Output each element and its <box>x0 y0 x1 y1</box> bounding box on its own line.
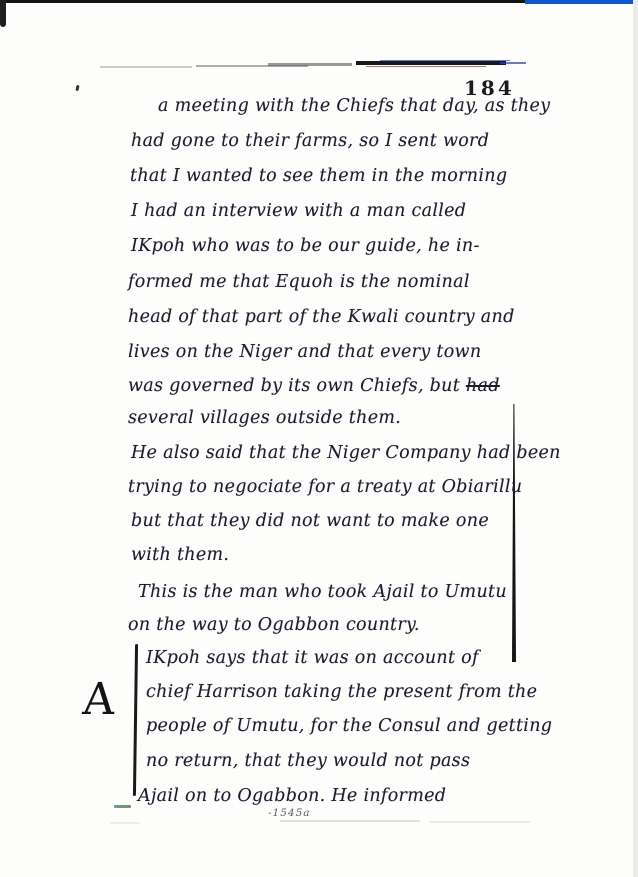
scan-corner-mark <box>0 0 6 27</box>
manuscript-line: He also said that the Niger Company had … <box>131 443 561 463</box>
manuscript-line: chief Harrison taking the present from t… <box>146 682 537 702</box>
manuscript-line: a meeting with the Chiefs that day, as t… <box>158 96 550 116</box>
margin-dash-mark <box>114 805 131 808</box>
manuscript-line: IKpoh says that it was on account of <box>146 648 479 668</box>
scan-smudge-fringe <box>366 66 486 67</box>
manuscript-line: head of that part of the Kwali country a… <box>128 307 515 327</box>
manuscript-line: This is the man who took Ajail to Umutu <box>138 582 507 602</box>
scan-smudge-line <box>280 820 420 822</box>
manuscript-line: IKpoh who was to be our guide, he in- <box>131 236 480 256</box>
scan-top-border <box>0 0 528 3</box>
line-text: was governed by its own Chiefs, but <box>128 376 466 396</box>
manuscript-line: that I wanted to see them in the morning <box>130 166 507 186</box>
margin-annotation-letter: A <box>81 678 116 722</box>
scan-smudge-line <box>356 61 506 65</box>
paragraph-mark-line <box>133 644 138 796</box>
manuscript-line: had gone to their farms, so I sent word <box>131 131 489 151</box>
manuscript-line: several villages outside them. <box>128 408 401 428</box>
manuscript-line: trying to negociate for a treaty at Obia… <box>128 477 522 497</box>
ink-speck <box>75 85 79 91</box>
manuscript-line: lives on the Niger and that every town <box>128 342 481 362</box>
manuscript-line: on the way to Ogabbon country. <box>128 615 420 635</box>
scan-smudge-line <box>268 63 352 66</box>
manuscript-line: with them. <box>131 545 229 565</box>
manuscript-line: Ajail on to Ogabbon. He informed <box>138 786 446 806</box>
manuscript-line: no return, that they would not pass <box>146 751 470 771</box>
scan-smudge-line <box>110 822 140 824</box>
manuscript-line: people of Umutu, for the Consul and gett… <box>146 716 552 736</box>
scan-smudge-line <box>100 66 192 68</box>
strikethrough-word: had <box>466 376 500 396</box>
pencil-reference-note: -1545a <box>268 807 311 819</box>
scanned-manuscript-page: 184 a meeting with the Chiefs that day, … <box>0 0 638 877</box>
scan-top-border-blue <box>525 0 638 4</box>
scan-smudge-line <box>500 62 526 64</box>
scan-smudge-fringe <box>380 60 510 61</box>
manuscript-line: formed me that Equoh is the nominal <box>128 272 470 292</box>
manuscript-line: I had an interview with a man called <box>131 201 466 221</box>
manuscript-line: was governed by its own Chiefs, but had <box>128 376 500 396</box>
manuscript-line: but that they did not want to make one <box>131 511 489 531</box>
scan-right-edge <box>633 0 638 877</box>
scan-smudge-line <box>430 821 530 823</box>
